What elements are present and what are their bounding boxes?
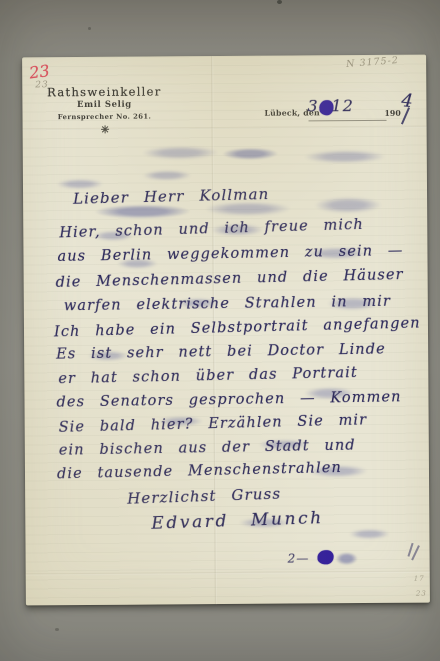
- printed-year-prefix: 190: [384, 109, 400, 118]
- bottom-pencil-mark: 23: [416, 590, 427, 598]
- horizontal-fold-crease: [26, 571, 430, 576]
- background-speck: [55, 628, 59, 631]
- printer-rosette-icon: [37, 124, 173, 134]
- body-line: die tausende Menschenstrahlen: [57, 460, 342, 482]
- background-speck: [277, 0, 282, 4]
- body-line: warfen elektrische Strahlen in mir: [64, 294, 391, 315]
- body-line: des Senators gesprochen — Kommen: [56, 389, 401, 410]
- signature: Edvard Munch: [151, 508, 324, 534]
- ink-smudge: [223, 148, 278, 160]
- body-line: er hat schon über das Portrait: [58, 365, 358, 387]
- printed-date-rule: [309, 120, 387, 122]
- ink-scribble-stroke: [411, 545, 419, 560]
- closing: Herzlichst Gruss: [127, 485, 282, 508]
- background-speck: [88, 27, 91, 30]
- letterhead-proprietor: Emil Selig: [36, 99, 172, 110]
- ink-smudge: [143, 170, 191, 180]
- ink-smudge: [143, 146, 218, 160]
- ink-blot: [318, 550, 334, 564]
- ink-smudge: [336, 552, 358, 565]
- ink-smudge: [315, 197, 381, 213]
- body-line: die Menschenmassen und die Häuser: [56, 267, 404, 291]
- ink-smudge: [57, 179, 103, 189]
- inventory-number: N 3175-2: [346, 55, 399, 70]
- bottom-ink-mark: 2—: [288, 551, 310, 565]
- letterhead-business-name: Rathsweinkeller: [36, 84, 172, 99]
- letterhead: Rathsweinkeller Emil Selig Fernsprecher …: [36, 84, 172, 134]
- body-line: Ich habe ein Selbstportrait angefangen: [54, 315, 421, 340]
- ink-smudge: [349, 529, 389, 539]
- dateline: Lübeck, den 3– 12 190 4: [262, 97, 426, 138]
- handwritten-month: 12: [331, 96, 354, 115]
- letterhead-telephone: Fernsprecher No. 261.: [36, 112, 172, 121]
- ink-smudge: [305, 150, 385, 164]
- bottom-pencil-mark: 17: [414, 575, 425, 583]
- body-line: Es ist sehr nett bei Doctor Linde: [56, 341, 386, 362]
- letter-sheet: 23 23 N 3175-2 Rathsweinkeller Emil Seli…: [22, 55, 430, 606]
- body-line: ein bischen aus der Stadt und: [59, 438, 356, 459]
- photographed-letter-scan: 23 23 N 3175-2 Rathsweinkeller Emil Seli…: [0, 0, 440, 661]
- body-line: aus Berlin weggekommen zu sein —: [57, 243, 403, 265]
